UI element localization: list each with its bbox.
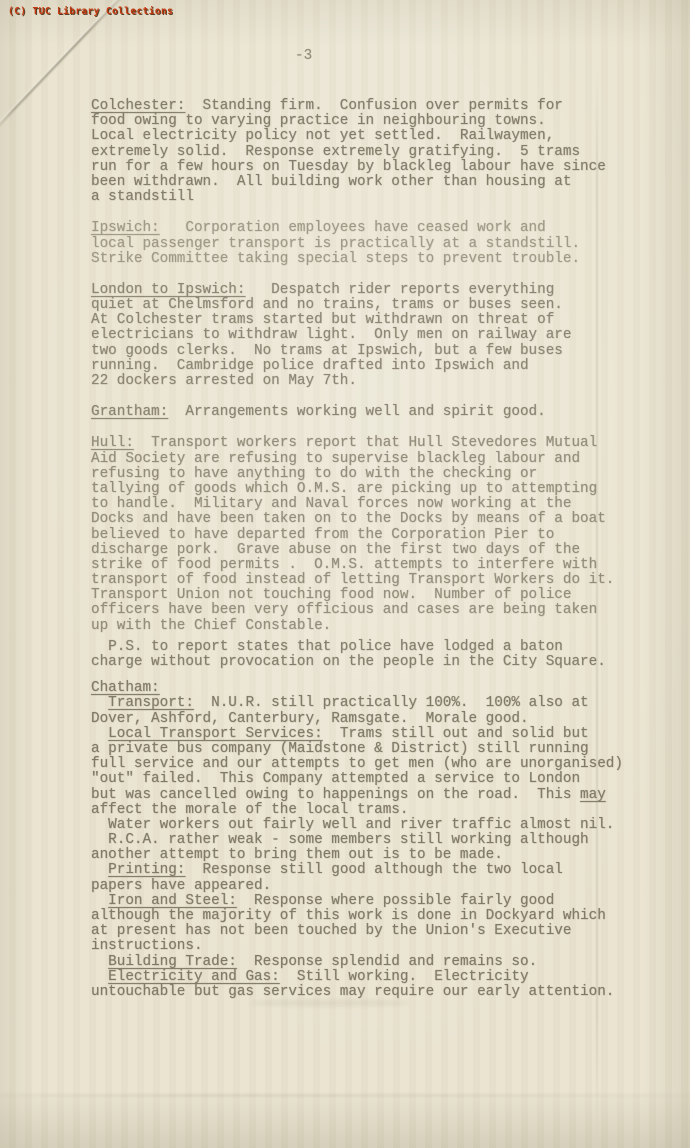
text-line: London to Ipswich: Despatch rider report… xyxy=(91,283,666,298)
paragraph-chatham: Chatham: Transport: N.U.R. still practic… xyxy=(91,681,666,1000)
text-line: charge without provocation on the people… xyxy=(91,655,666,670)
text-line: quiet at Chelmsford and no trains, trams… xyxy=(91,298,666,313)
text-line: affect the morale of the local trams. xyxy=(91,803,666,818)
text-line: untouchable but gas services may require… xyxy=(91,985,666,1000)
copyright-watermark: (C) TUC Library Collections xyxy=(8,6,173,17)
scanned-page: (C) TUC Library Collections -3 Colcheste… xyxy=(0,0,690,1148)
text-line: Printing: Response still good although t… xyxy=(91,863,666,878)
text-line: instructions. xyxy=(91,939,666,954)
text-line: "out" failed. This Company attempted a s… xyxy=(91,772,666,787)
paper-smudge xyxy=(250,1000,410,1006)
paragraph-hull: Hull: Transport workers report that Hull… xyxy=(91,436,666,633)
text-line: two goods clerks. No trams at Ipswich, b… xyxy=(91,344,666,359)
text-line: strike of food permits . O.M.S. attempts… xyxy=(91,558,666,573)
text-line: local passenger transport is practically… xyxy=(91,237,666,252)
text-line: Strike Committee taking special steps to… xyxy=(91,252,666,267)
paper-crease-bottom xyxy=(0,1094,690,1097)
text-line: extremely solid. Response extremely grat… xyxy=(91,145,666,160)
text-line: a private bus company (Maidstone & Distr… xyxy=(91,742,666,757)
paragraph-grantham: Grantham: Arrangements working well and … xyxy=(91,405,666,420)
text-line: but was cancelled owing to happenings on… xyxy=(91,788,666,803)
text-line: running. Cambridge police drafted into I… xyxy=(91,359,666,374)
text-line: P.S. to report states that police have l… xyxy=(91,640,666,655)
paragraph-hull-postscript: P.S. to report states that police have l… xyxy=(91,640,666,670)
text-line: transport of food instead of letting Tra… xyxy=(91,573,666,588)
text-line: Aid Society are refusing to supervise bl… xyxy=(91,452,666,467)
text-line: Electricity and Gas: Still working. Elec… xyxy=(91,970,666,985)
text-line: 22 dockers arrested on May 7th. xyxy=(91,374,666,389)
page-number: -3 xyxy=(295,48,312,64)
text-line: Dover, Ashford, Canterbury, Ramsgate. Mo… xyxy=(91,712,666,727)
text-line: Colchester: Standing firm. Confusion ove… xyxy=(91,99,666,114)
text-line: Hull: Transport workers report that Hull… xyxy=(91,436,666,451)
paragraph-colchester: Colchester: Standing firm. Confusion ove… xyxy=(91,99,666,205)
text-line: run for a few hours on Tuesday by blackl… xyxy=(91,160,666,175)
text-line: Local electricity policy not yet settled… xyxy=(91,129,666,144)
text-line: R.C.A. rather weak - some members still … xyxy=(91,833,666,848)
text-line: been withdrawn. All building work other … xyxy=(91,175,666,190)
text-line: Docks and have been taken on to the Dock… xyxy=(91,512,666,527)
text-line: Transport: N.U.R. still practically 100%… xyxy=(91,696,666,711)
text-line: Grantham: Arrangements working well and … xyxy=(91,405,666,420)
text-line: tallying of goods which O.M.S. are picki… xyxy=(91,482,666,497)
text-line: although the majority of this work is do… xyxy=(91,909,666,924)
text-line: Water workers out fairly well and river … xyxy=(91,818,666,833)
text-line: a standstill xyxy=(91,190,666,205)
text-line: Ipswich: Corporation employees have ceas… xyxy=(91,221,666,236)
text-line: electricians to withdraw light. Only men… xyxy=(91,328,666,343)
text-line: believed to have departed from the Corpo… xyxy=(91,528,666,543)
text-line: discharge pork. Grave abuse on the first… xyxy=(91,543,666,558)
text-line: papers have appeared. xyxy=(91,879,666,894)
paragraph-london-to-ipswich: London to Ipswich: Despatch rider report… xyxy=(91,283,666,389)
document-text: Colchester: Standing firm. Confusion ove… xyxy=(91,99,666,1000)
text-line: officers have been very officious and ca… xyxy=(91,603,666,618)
text-line: Iron and Steel: Response where possible … xyxy=(91,894,666,909)
text-line: Building Trade: Response splendid and re… xyxy=(91,955,666,970)
text-line: Local Transport Services: Trams still ou… xyxy=(91,727,666,742)
paragraph-ipswich: Ipswich: Corporation employees have ceas… xyxy=(91,221,666,267)
text-line: up with the Chief Constable. xyxy=(91,619,666,634)
text-line: refusing to have anything to do with the… xyxy=(91,467,666,482)
